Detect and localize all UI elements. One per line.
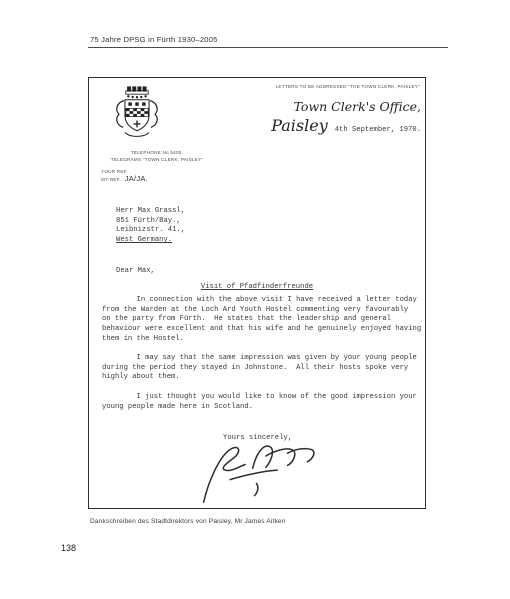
paragraph-2: I may say that the same impression was g… <box>102 354 417 383</box>
subject-line: Visit of Pfadfinderfreunde <box>89 283 425 291</box>
my-ref-value: JA/JA. <box>125 175 148 182</box>
page-header: 75 Jahre DPSG in Fürth 1930–2005 <box>90 35 218 44</box>
paragraph-1: In connection with the above visit I hav… <box>102 296 421 345</box>
letter-date: 4th September, 1970. <box>335 126 421 134</box>
telegrams-line: TELEGRAMS "TOWN CLERK, PAISLEY" <box>91 156 223 163</box>
paragraph-3: I just thought you would like to know of… <box>102 393 417 412</box>
header-divider <box>88 47 448 48</box>
letter-scan: LETTERS TO BE ADDRESSED "THE TOWN CLERK,… <box>88 77 426 509</box>
telephone-line: TELEPHONE No 5400. <box>91 149 223 156</box>
recipient-line: Leibnizstr. 41., <box>116 226 185 236</box>
office-place: Paisley <box>271 116 328 135</box>
my-ref-label: MY REF. <box>101 176 121 183</box>
signature-icon <box>184 440 344 509</box>
book-page: 75 Jahre DPSG in Fürth 1930–2005 LETTERS… <box>0 0 510 599</box>
recipient-address: Herr Max Grassl, 851 Fürth/Bay., Leibniz… <box>116 207 185 246</box>
coat-of-arms-icon <box>111 86 163 153</box>
recipient-country: West Germany. <box>116 236 185 246</box>
letterhead-address-note: LETTERS TO BE ADDRESSED "THE TOWN CLERK,… <box>276 84 420 89</box>
office-script-line: Town Clerk's Office, <box>271 100 421 114</box>
letterhead-contact: TELEPHONE No 5400. TELEGRAMS "TOWN CLERK… <box>91 149 223 163</box>
reference-block: YOUR REF. MY REF. JA/JA. <box>101 168 148 183</box>
letterhead-office-block: Town Clerk's Office, Paisley 4th Septemb… <box>271 100 421 135</box>
page-number: 138 <box>61 543 76 553</box>
recipient-line: Herr Max Grassl, <box>116 207 185 217</box>
figure-caption: Dankschreiben des Stadtdirektors von Pai… <box>90 518 286 525</box>
salutation: Dear Max, <box>116 267 155 275</box>
recipient-line: 851 Fürth/Bay., <box>116 217 185 227</box>
